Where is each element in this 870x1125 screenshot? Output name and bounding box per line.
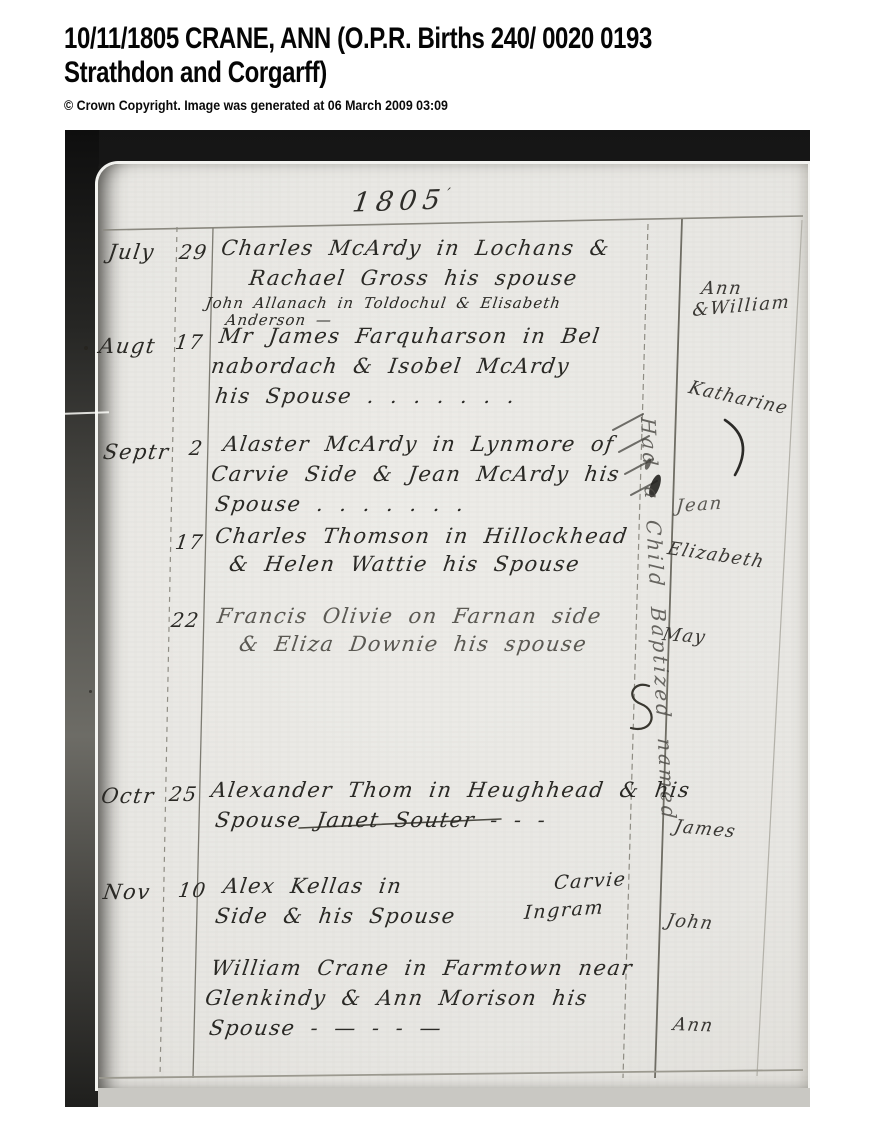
entry-6-text-line: Spouse Janet Souter - - - [214, 808, 549, 832]
page-title-line2: Strathdon and Corgarff) [64, 56, 652, 90]
entry-2-month: Augt [98, 334, 158, 358]
entry-3-child-name: Jean [676, 493, 724, 517]
entry-3-text-line: Carvie Side & Jean McArdy his [210, 462, 622, 486]
entry-3-month: Septr [102, 440, 172, 464]
entry-3-text-line: Alaster McArdy in Lynmore of [222, 432, 617, 456]
entry-2-text-line: Mr James Farquharson in Bel [218, 324, 603, 348]
entry-6-child-name: James [672, 816, 738, 842]
entry-7-month: Nov [102, 880, 153, 904]
entry-1-text-line: John Allanach in Toldochul & Elisabeth [204, 294, 562, 312]
entry-7-side-note: Ingram [523, 896, 604, 923]
entry-8-text-line: Glenkindy & Ann Morison his [204, 986, 590, 1010]
entry-5-day: 22 [170, 608, 202, 632]
entry-7-side-note: Carvie [553, 868, 627, 894]
entry-6-day: 25 [168, 782, 200, 806]
entry-4-text-line: & Helen Wattie his Spouse [228, 552, 582, 576]
entry-5-text-line: Francis Olivie on Farnan side [216, 604, 604, 628]
entry-3-text-line: Spouse . . . . . . . [214, 492, 467, 516]
entry-4-text-line: Charles Thomson in Hillockhead [214, 524, 630, 548]
entry-5-child-name: May [661, 624, 709, 648]
entry-1-text-line: Rachael Gross his spouse [248, 266, 580, 290]
entry-7-text-line: Alex Kellas in [222, 874, 404, 898]
page-title: 10/11/1805 CRANE, ANN (O.P.R. Births 240… [64, 22, 652, 90]
register-scan-image: 1805 Had a Child Baptized named July29Ch… [65, 130, 810, 1107]
entry-2-child-name: Katharine [686, 377, 792, 419]
record-printout-page: 10/11/1805 CRANE, ANN (O.P.R. Births 240… [0, 0, 870, 1125]
entry-5-text-line: & Eliza Downie his spouse [238, 632, 589, 656]
entry-2-text-line: his Spouse . . . . . . . [214, 384, 518, 408]
copyright-line: © Crown Copyright. Image was generated a… [64, 98, 448, 113]
entry-7-child-name: John [665, 910, 716, 934]
entry-4-child-name: Elizabeth [665, 538, 767, 573]
entry-7-day: 10 [177, 878, 209, 902]
entry-8-text-line: William Crane in Farmtown near [210, 956, 635, 980]
page-title-line1: 10/11/1805 CRANE, ANN (O.P.R. Births 240… [64, 22, 652, 56]
entry-8-text-line: Spouse - — - - — [208, 1016, 444, 1040]
entry-7-text-line: Side & his Spouse [214, 904, 458, 928]
entry-2-day: 17 [174, 330, 206, 354]
entry-3-day: 2 [188, 436, 206, 460]
entry-1-month: July [107, 240, 157, 264]
entry-6-month: Octr [100, 784, 157, 808]
entry-1-text-line: Charles McArdy in Lochans & [220, 236, 612, 260]
entry-2-text-line: nabordach & Isobel McArdy [210, 354, 572, 378]
register-entries: July29Charles McArdy in Lochans &Rachael… [65, 130, 810, 1107]
entry-6-text-line: Alexander Thom in Heughhead & his [210, 778, 693, 802]
entry-8-child-name: Ann [671, 1014, 715, 1036]
entry-4-day: 17 [174, 530, 206, 554]
entry-1-day: 29 [178, 240, 210, 264]
